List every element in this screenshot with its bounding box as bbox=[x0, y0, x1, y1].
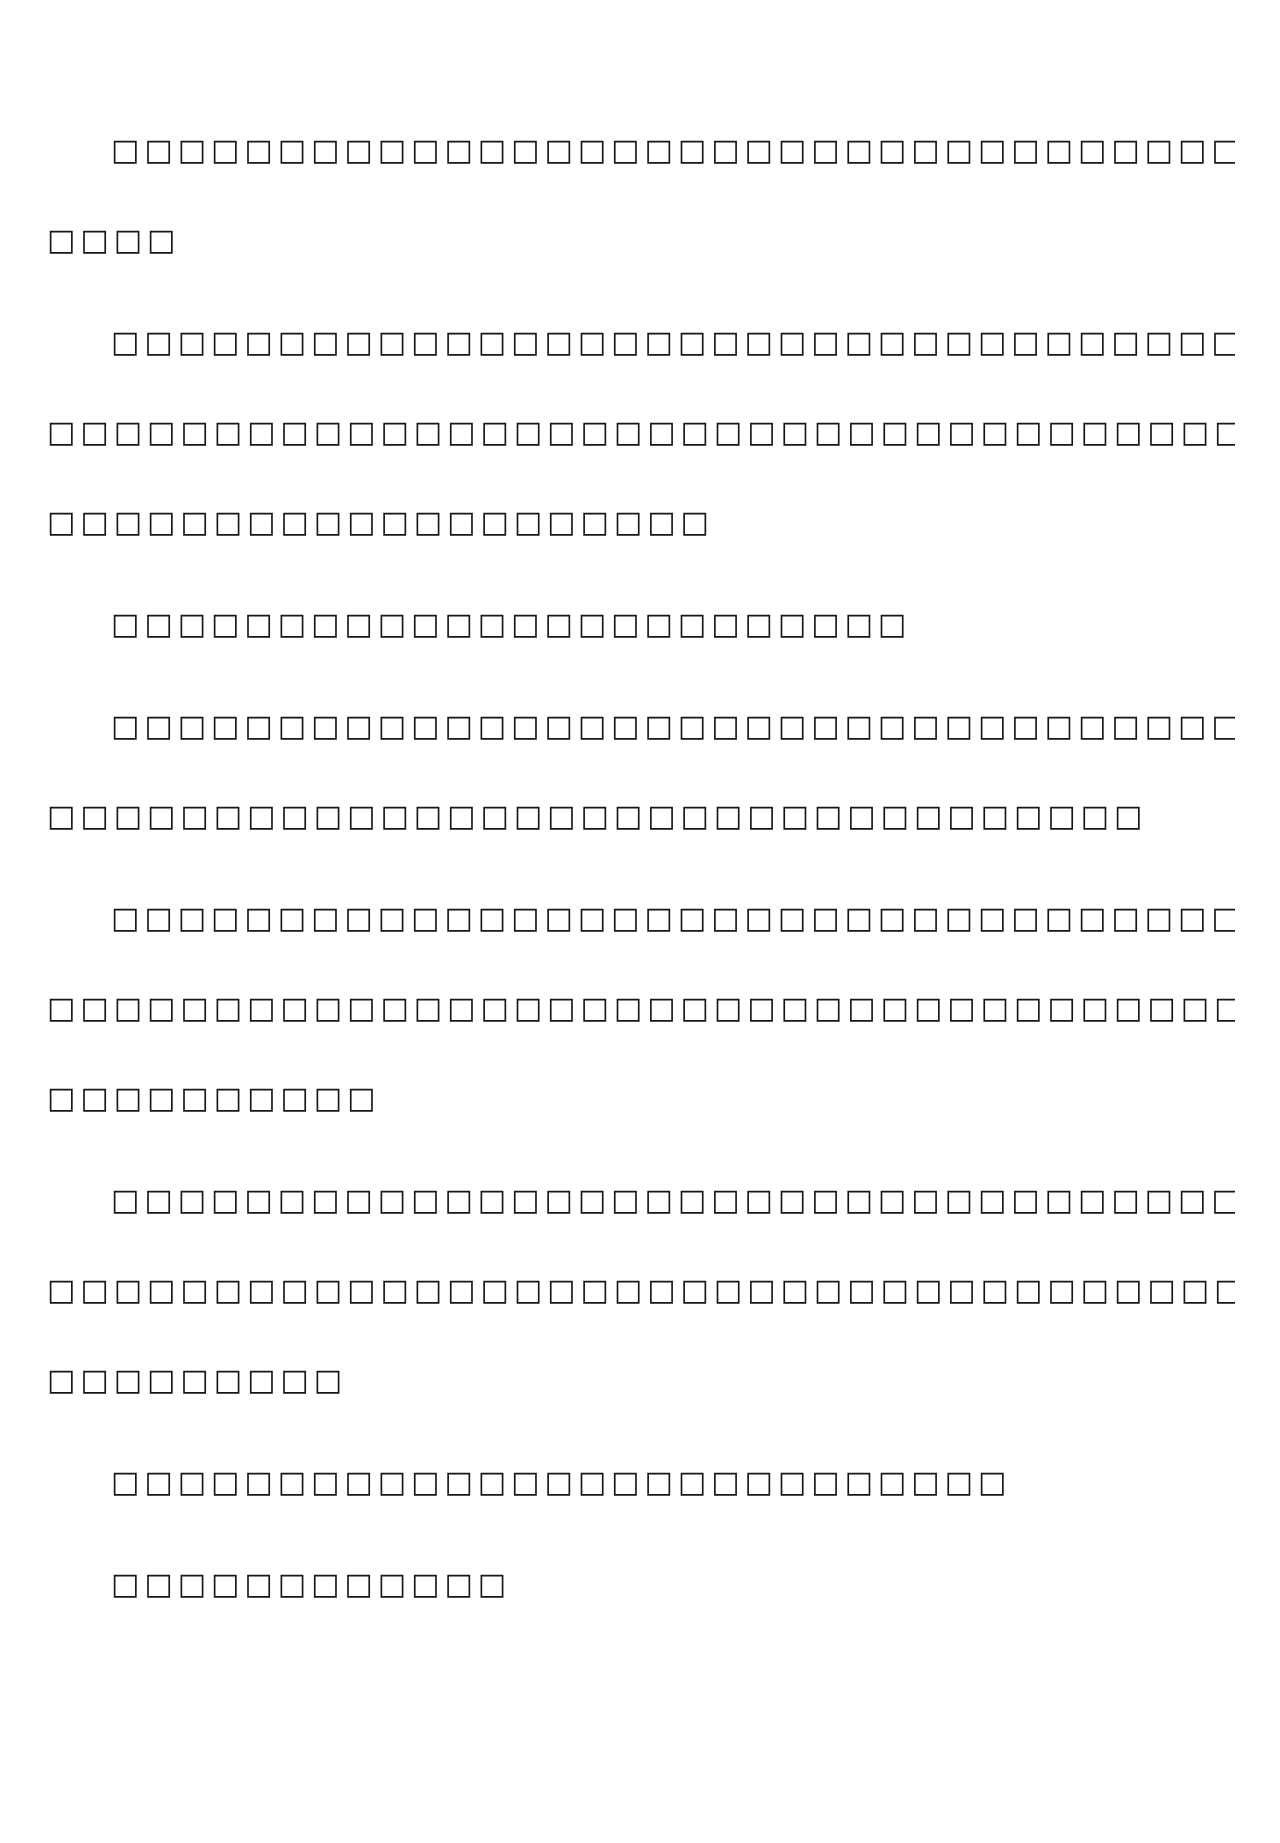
text-line-redacted: □□□□□□□□□□□□□□□□□□□□□□□□□□□□□□□□□□□□□□□ bbox=[47, 1246, 1235, 1336]
document-page: □□□□□□□□□□□□□□□□□□□□□□□□□□□□□□□□□□□□□□□□… bbox=[0, 0, 1280, 1843]
text-line-redacted: □□□□□□□□□□□□ bbox=[47, 1540, 1235, 1630]
paragraph-4-narration: □□□□□□□□□□□□□□□□□□□□□□□□□□□□□□□□□□□□□□□□… bbox=[47, 682, 1235, 862]
text-line-redacted: □□□□□□□□□□□□□□□□□□□□□□□□□□□□□□□□□□□□□□□ bbox=[47, 964, 1235, 1054]
text-line-redacted: □□□□□□□□□□□□□□□□□□□□□□□□ bbox=[47, 580, 1235, 670]
paragraph-5-dialogue: □□□□□□□□□□□□□□□□□□□□□□□□□□□□□□□□□□□□□□□□… bbox=[47, 874, 1235, 1144]
paragraph-7-dialogue: □□□□□□□□□□□□□□□□□□□□□□□□□□□ bbox=[47, 1438, 1235, 1528]
text-line-redacted: □□□□□□□□□□□□□□□□□□□□□□□□□□□□□□□□□□□□□ bbox=[47, 682, 1235, 772]
text-line-redacted: □□□□ bbox=[47, 196, 1235, 286]
paragraph-3-dialogue: □□□□□□□□□□□□□□□□□□□□□□□□ bbox=[47, 580, 1235, 670]
text-line-redacted: □□□□□□□□□□□□□□□□□□□□□□□□□□□ bbox=[47, 1438, 1235, 1528]
text-line-redacted: □□□□□□□□□□□□□□□□□□□□□□□□□□□□□□□□□□□□□□□ bbox=[47, 388, 1235, 478]
text-line-redacted: □□□□□□□□□ bbox=[47, 1336, 1235, 1426]
text-line-redacted: □□□□□□□□□□□□□□□□□□□□ bbox=[47, 478, 1235, 568]
text-line-redacted: □□□□□□□□□□□□□□□□□□□□□□□□□□□□□□□□□□□□□ bbox=[47, 298, 1235, 388]
text-line-redacted: □□□□□□□□□□□□□□□□□□□□□□□□□□□□□□□□□□□□□ bbox=[47, 874, 1235, 964]
paragraph-6-narration: □□□□□□□□□□□□□□□□□□□□□□□□□□□□□□□□□□□□□□□□… bbox=[47, 1156, 1235, 1426]
text-line-redacted: □□□□□□□□□□ bbox=[47, 1054, 1235, 1144]
text-line-redacted: □□□□□□□□□□□□□□□□□□□□□□□□□□□□□□□□□□□□□ bbox=[47, 106, 1235, 196]
text-line-redacted: □□□□□□□□□□□□□□□□□□□□□□□□□□□□□□□□□□□□□ bbox=[47, 1156, 1235, 1246]
text-content: □□□□□□□□□□□□□□□□□□□□□□□□□□□□□□□□□□□□□□□□… bbox=[47, 106, 1235, 1630]
paragraph-8-sfx: □□□□□□□□□□□□ bbox=[47, 1540, 1235, 1630]
paragraph-1-narration: □□□□□□□□□□□□□□□□□□□□□□□□□□□□□□□□□□□□□□□□… bbox=[47, 106, 1235, 286]
paragraph-2-dialogue: □□□□□□□□□□□□□□□□□□□□□□□□□□□□□□□□□□□□□□□□… bbox=[47, 298, 1235, 568]
text-line-redacted: □□□□□□□□□□□□□□□□□□□□□□□□□□□□□□□□□ bbox=[47, 772, 1235, 862]
